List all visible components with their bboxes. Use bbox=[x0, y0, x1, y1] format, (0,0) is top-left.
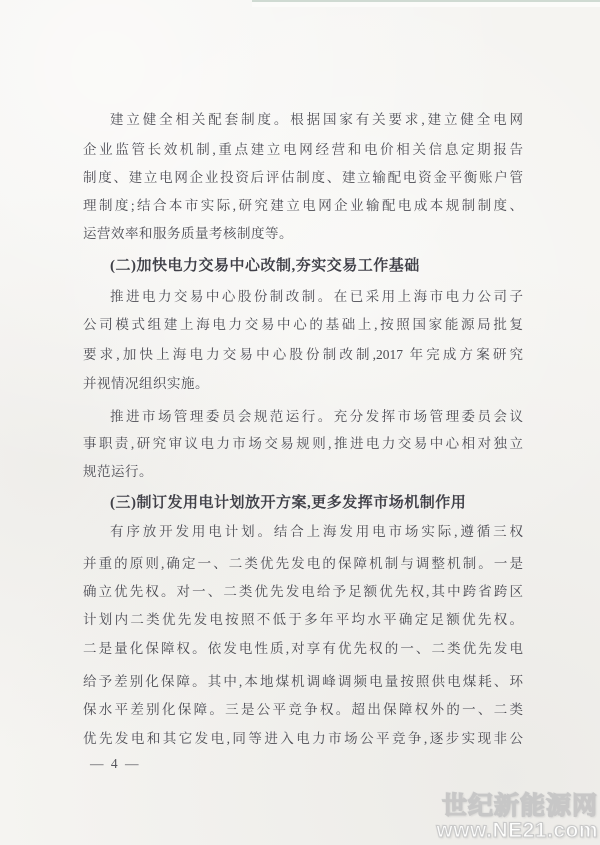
document-line: 理制度;结合本市实际,研究建立电网企业输配电成本规制制度、 bbox=[83, 196, 523, 216]
section-heading: (三)制订发用电计划放开方案,更多发挥市场机制作用 bbox=[83, 494, 523, 514]
document-line: 并重的原则,确定一、二类优先发电的保障机制与调整机制。一是 bbox=[83, 554, 523, 574]
document-line: 规范运行。 bbox=[83, 462, 523, 482]
document-line: 建立健全相关配套制度。根据国家有关要求,建立健全电网 bbox=[83, 110, 523, 130]
document-line: 事职责,研究审议电力市场交易规则,推进电力交易中心相对独立 bbox=[83, 434, 523, 454]
watermark-site-url: www.NE21.com bbox=[436, 820, 598, 842]
scan-edge-artifact bbox=[252, 0, 600, 7]
document-line: 二是量化保障权。依发电性质,对享有优先权的一、二类优先发电 bbox=[83, 639, 523, 659]
document-line: 计划内二类优先发电按照不低于多年平均水平确定足额优先权。 bbox=[83, 610, 523, 630]
document-line: 推进电力交易中心股份制改制。在已采用上海市电力公司子 bbox=[83, 287, 523, 307]
section-heading: (二)加快电力交易中心改制,夯实交易工作基础 bbox=[83, 257, 523, 277]
document-line: 企业监管长效机制,重点建立电网经营和电价相关信息定期报告 bbox=[83, 140, 523, 160]
document-line: 运营效率和服务质量考核制度等。 bbox=[83, 224, 523, 244]
document-line: 给予差别化保障。其中,本地煤机调峰调频电量按照供电煤耗、环 bbox=[83, 672, 523, 692]
document-line: 公司模式组建上海电力交易中心的基础上,按照国家能源局批复 bbox=[83, 315, 523, 335]
document-line: 推进市场管理委员会规范运行。充分发挥市场管理委员会议 bbox=[83, 407, 523, 427]
document-line: 优先发电和其它发电,同等进入电力市场公平竞争,逐步实现非公 bbox=[83, 729, 523, 749]
document-line: 要求,加快上海电力交易中心股份制改制,2017 年完成方案研究 bbox=[83, 345, 523, 365]
document-page: 建立健全相关配套制度。根据国家有关要求,建立健全电网 企业监管长效机制,重点建立… bbox=[0, 0, 600, 845]
document-line: 有序放开发用电计划。结合上海发用电市场实际,遵循三权 bbox=[83, 522, 523, 542]
document-line: 并视情况组织实施。 bbox=[83, 374, 523, 394]
document-line: 保水平差别化保障。三是公平竞争权。超出保障权外的一、二类 bbox=[83, 700, 523, 720]
document-line: 制度、建立电网企业投资后评估制度、建立输配电资金平衡账户管 bbox=[83, 168, 523, 188]
watermark-site-name: 世纪新能源网 bbox=[436, 793, 598, 820]
watermark: 世纪新能源网 www.NE21.com bbox=[436, 793, 598, 842]
page-number: — 4 — bbox=[90, 756, 141, 772]
document-line: 确立优先权。对一、二类优先发电给予足额优先权,其中跨省跨区 bbox=[83, 582, 523, 602]
